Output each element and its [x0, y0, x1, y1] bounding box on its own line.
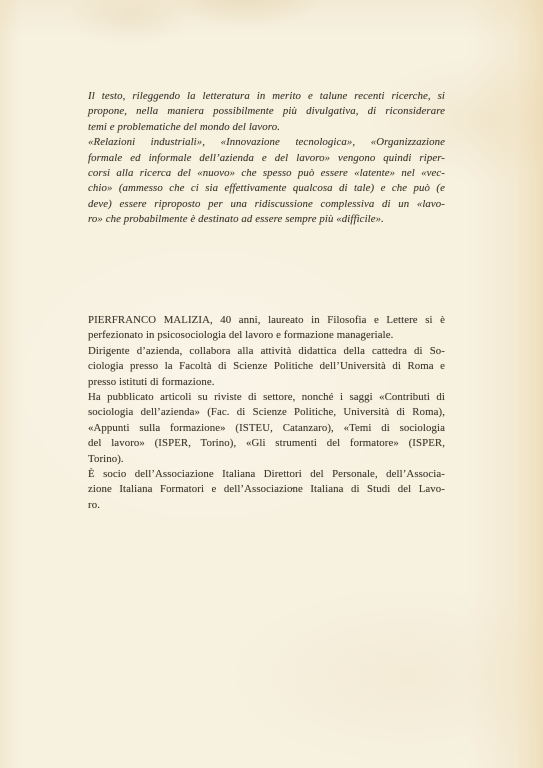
paragraph: Dirigente d’azienda, collabora alla atti… — [88, 344, 445, 390]
text-line: Dirigente d’azienda, collabora alla atti… — [88, 344, 445, 359]
paragraph: È socio dell’Associazione Italiana Diret… — [88, 467, 445, 513]
paragraph: Il testo, rileggendo la letteratura in m… — [88, 89, 445, 135]
paragraph: «Relazioni industriali», «Innovazione te… — [88, 135, 445, 227]
text-line: sociologia dell’azienda» (Fac. di Scienz… — [88, 405, 445, 420]
text-line: «Appunti sulla formazione» (ISTEU, Catan… — [88, 421, 445, 436]
text-line: zione Italiana Formatori e dell’Associaz… — [88, 482, 445, 497]
text-line: «Relazioni industriali», «Innovazione te… — [88, 135, 445, 150]
text-line: ro. — [88, 498, 445, 513]
paragraph: PIERFRANCO MALIZIA, 40 anni, laureato in… — [88, 313, 445, 344]
text-line: propone, nella maniera possibilmente più… — [88, 104, 445, 119]
text-line: chio» (ammesso che ci sia effettivamente… — [88, 181, 445, 196]
text-line: Il testo, rileggendo la letteratura in m… — [88, 89, 445, 104]
text-line: ro» che probabilmente è destinato ad ess… — [88, 212, 445, 227]
text-line: Ha pubblicato articoli su riviste di set… — [88, 390, 445, 405]
text-line: corsi alla ricerca del «nuovo» che spess… — [88, 166, 445, 181]
text-line: formale ed informale dell’azienda e del … — [88, 151, 445, 166]
text-line: PIERFRANCO MALIZIA, 40 anni, laureato in… — [88, 313, 445, 328]
text-line: Torino). — [88, 452, 445, 467]
paragraph: Ha pubblicato articoli su riviste di set… — [88, 390, 445, 467]
book-page: Il testo, rileggendo la letteratura in m… — [0, 0, 543, 768]
text-line: ciologia presso la Facoltà di Scienze Po… — [88, 359, 445, 374]
text-line: perfezionato in psicosociologia del lavo… — [88, 328, 445, 343]
bio-text: PIERFRANCO MALIZIA, 40 anni, laureato in… — [88, 313, 445, 513]
text-line: temi e problematiche del mondo del lavor… — [88, 120, 445, 135]
text-line: È socio dell’Associazione Italiana Diret… — [88, 467, 445, 482]
text-line: del lavoro» (ISPER, Torino), «Gli strume… — [88, 436, 445, 451]
text-line: presso istituti di formazione. — [88, 375, 445, 390]
text-line: deve) essere riproposto per una ridiscus… — [88, 197, 445, 212]
intro-text: Il testo, rileggendo la letteratura in m… — [88, 89, 445, 228]
